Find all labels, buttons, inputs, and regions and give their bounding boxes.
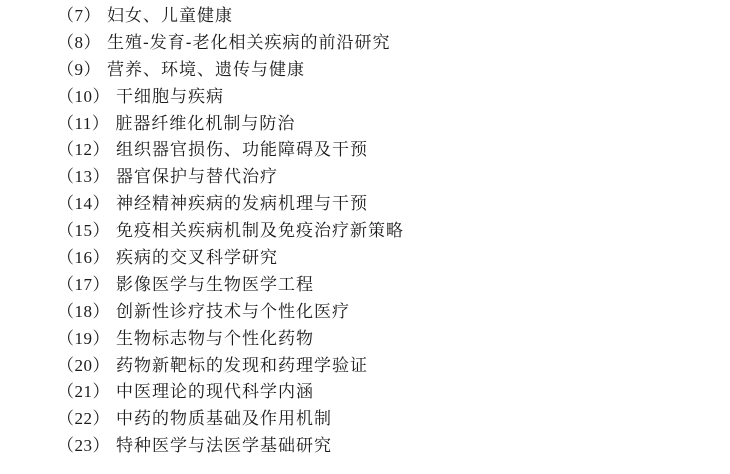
item-text: 创新性诊疗技术与个性化医疗 [116, 299, 350, 326]
item-text: 疾病的交叉科学研究 [116, 245, 278, 272]
item-text: 药物新靶标的发现和药理学验证 [116, 353, 368, 380]
item-number: （7） [57, 3, 101, 30]
item-text: 生物标志物与个性化药物 [116, 326, 314, 353]
item-number: （14） [57, 191, 110, 218]
list-item: （7）妇女、儿童健康 [57, 3, 404, 30]
item-text: 特种医学与法医学基础研究 [116, 433, 332, 460]
list-item: （16）疾病的交叉科学研究 [57, 245, 404, 272]
research-topic-list: （7）妇女、儿童健康 （8）生殖-发育-老化相关疾病的前沿研究 （9）营养、环境… [57, 3, 404, 460]
item-text: 影像医学与生物医学工程 [116, 272, 314, 299]
item-number: （18） [57, 299, 110, 326]
item-number: （19） [57, 326, 110, 353]
item-number: （11） [57, 111, 109, 138]
list-item: （18）创新性诊疗技术与个性化医疗 [57, 299, 404, 326]
list-item: （17）影像医学与生物医学工程 [57, 272, 404, 299]
item-number: （16） [57, 245, 110, 272]
item-text: 营养、环境、遗传与健康 [107, 57, 305, 84]
list-item: （11）脏器纤维化机制与防治 [57, 111, 404, 138]
item-text: 生殖-发育-老化相关疾病的前沿研究 [107, 30, 391, 57]
item-number: （21） [57, 379, 110, 406]
item-text: 脏器纤维化机制与防治 [115, 111, 295, 138]
list-item: （23）特种医学与法医学基础研究 [57, 433, 404, 460]
item-text: 妇女、儿童健康 [107, 3, 233, 30]
list-item: （21）中医理论的现代科学内涵 [57, 379, 404, 406]
list-item: （12）组织器官损伤、功能障碍及干预 [57, 137, 404, 164]
item-text: 器官保护与替代治疗 [116, 164, 278, 191]
list-item: （20）药物新靶标的发现和药理学验证 [57, 353, 404, 380]
item-text: 中药的物质基础及作用机制 [116, 406, 332, 433]
item-number: （17） [57, 272, 110, 299]
item-text: 免疫相关疾病机制及免疫治疗新策略 [116, 218, 404, 245]
list-item: （14）神经精神疾病的发病机理与干预 [57, 191, 404, 218]
item-number: （8） [57, 30, 101, 57]
item-text: 中医理论的现代科学内涵 [116, 379, 314, 406]
item-text: 神经精神疾病的发病机理与干预 [116, 191, 368, 218]
item-number: （20） [57, 353, 110, 380]
item-text: 组织器官损伤、功能障碍及干预 [116, 137, 368, 164]
list-item: （13）器官保护与替代治疗 [57, 164, 404, 191]
item-number: （10） [57, 84, 110, 111]
list-item: （9）营养、环境、遗传与健康 [57, 57, 404, 84]
item-number: （15） [57, 218, 110, 245]
item-number: （9） [57, 57, 101, 84]
item-number: （13） [57, 164, 110, 191]
list-item: （22）中药的物质基础及作用机制 [57, 406, 404, 433]
list-item: （19）生物标志物与个性化药物 [57, 326, 404, 353]
item-number: （12） [57, 137, 110, 164]
item-text: 干细胞与疾病 [116, 84, 224, 111]
list-item: （8）生殖-发育-老化相关疾病的前沿研究 [57, 30, 404, 57]
list-item: （10）干细胞与疾病 [57, 84, 404, 111]
list-item: （15）免疫相关疾病机制及免疫治疗新策略 [57, 218, 404, 245]
item-number: （22） [57, 406, 110, 433]
item-number: （23） [57, 433, 110, 460]
